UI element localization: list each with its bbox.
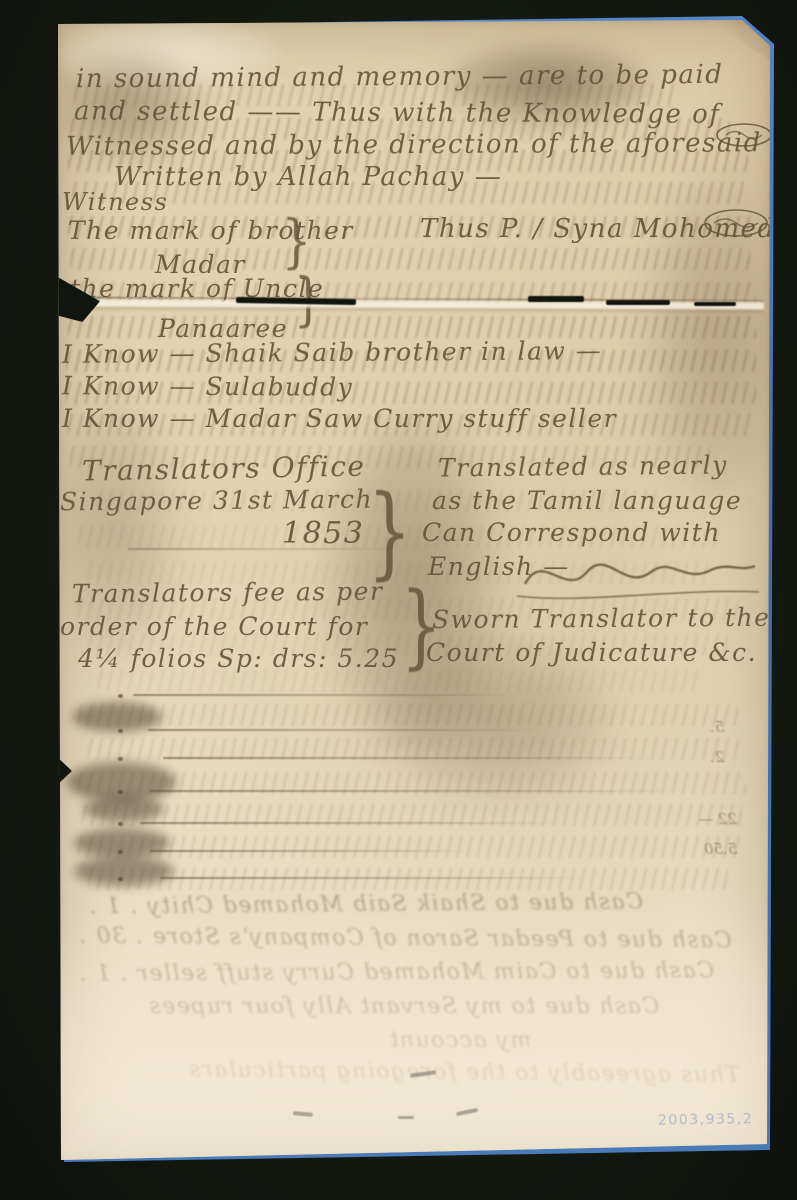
- sworn-line: Court of Judicature &c.: [426, 638, 757, 667]
- ledger-amount: 5.: [710, 718, 724, 736]
- ledger-dot: [118, 694, 123, 698]
- ledger-line: [148, 729, 538, 731]
- ink-blob: [72, 702, 162, 732]
- translated-line: as the Tamil language: [432, 486, 742, 515]
- folded-corner: [706, 20, 770, 60]
- ledger-line: [150, 850, 468, 852]
- grouping-brace-large: }: [368, 482, 413, 582]
- office-heading: Translators Office: [82, 450, 366, 488]
- body-line: in sound mind and memory — are to be pai…: [76, 60, 724, 95]
- pen-flourish-oval: [714, 120, 774, 150]
- witness-label: Witness: [62, 188, 168, 216]
- bleedthrough-band: [78, 704, 738, 726]
- grouping-brace: }: [282, 212, 312, 270]
- bleedthrough-band: [78, 836, 742, 858]
- rule-line: [128, 548, 408, 550]
- translated-line: Translated as nearly: [438, 450, 728, 482]
- bleedthrough-band: [88, 868, 728, 890]
- ledger-line: [160, 877, 583, 879]
- tear-gap: [694, 302, 736, 306]
- ledger-dot: [118, 757, 123, 761]
- ledger-line: [163, 757, 648, 759]
- office-date-year: 1853: [282, 516, 364, 551]
- ink-blob: [84, 796, 164, 822]
- translator-signature: [513, 542, 763, 612]
- know-line: I Know — Sulabuddy: [62, 371, 353, 402]
- fee-line: 4¼ folios Sp: drs: 5.25: [78, 644, 399, 673]
- ledger-amount: 5.50: [704, 840, 737, 858]
- know-line: I Know — Madar Saw Curry stuff seller: [62, 404, 617, 433]
- ledger-amount: 22 —: [698, 810, 737, 828]
- fee-line: order of the Court for: [60, 612, 368, 641]
- manuscript-page: in sound mind and memory — are to be pai…: [58, 20, 770, 1160]
- body-line: Witnessed and by the direction of the af…: [66, 128, 762, 162]
- fee-line: Translators fee as per: [72, 577, 384, 609]
- pen-flourish-oval: [702, 206, 770, 240]
- ledger-line: [140, 822, 558, 824]
- photograph-scene: in sound mind and memory — are to be pai…: [0, 0, 797, 1200]
- sworn-line: Sworn Translator to the: [432, 603, 771, 634]
- tear-gap: [606, 300, 670, 305]
- ledger-amount: 2.: [710, 748, 724, 766]
- know-line: I Know — Shaik Saib brother in law —: [62, 336, 602, 369]
- ledger-line: [133, 694, 518, 696]
- ink-blob: [74, 828, 170, 858]
- bleedthrough-band: [98, 670, 698, 692]
- ledger-dot: [118, 822, 123, 826]
- ledger-line: [150, 790, 678, 792]
- body-line: Written by Allah Pachay —: [114, 162, 502, 192]
- accession-number: 2003,935,2: [658, 1111, 753, 1129]
- ink-blob: [74, 856, 174, 886]
- tear-gap: [528, 296, 584, 302]
- office-line: Singapore 31st March: [60, 485, 373, 517]
- body-line: and settled —— Thus with the Knowledge o…: [74, 96, 721, 129]
